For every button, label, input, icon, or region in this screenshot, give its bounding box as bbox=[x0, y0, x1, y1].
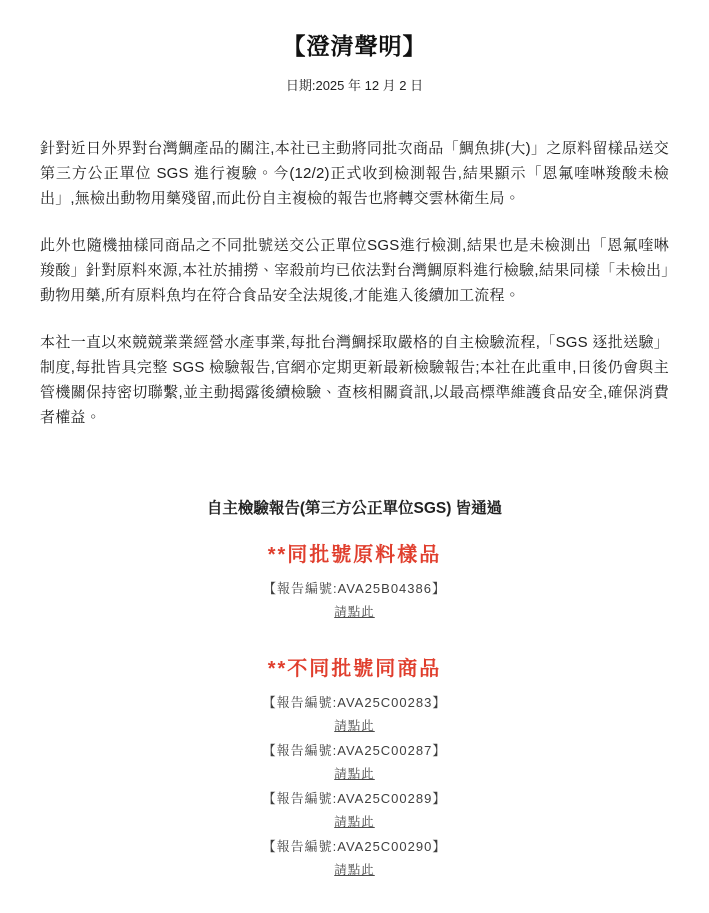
paragraph-random-sampling: 此外也隨機抽樣同商品之不同批號送交公正單位SGS進行檢測,結果也是未檢測出「恩氟… bbox=[40, 233, 669, 308]
reports-section: 自主檢驗報告(第三方公正單位SGS) 皆通過 **同批號原料樣品 【報告編號:A… bbox=[40, 496, 669, 882]
date-line: 日期:2025 年 12 月 2 日 bbox=[40, 75, 669, 94]
reports-heading: 自主檢驗報告(第三方公正單位SGS) 皆通過 bbox=[40, 496, 669, 518]
report-number: 【報告編號:AVA25C00290】 bbox=[40, 835, 669, 859]
report-link[interactable]: 請點此 bbox=[334, 715, 375, 738]
group-title-different-batch: **不同批號同商品 bbox=[40, 652, 669, 681]
report-row: 【報告編號:AVA25C00290】 請點此 bbox=[40, 835, 669, 882]
report-row: 【報告編號:AVA25C00287】 請點此 bbox=[40, 739, 669, 786]
report-row: 【報告編號:AVA25C00289】 請點此 bbox=[40, 787, 669, 834]
clarification-statement-page: 【澄清聲明】 日期:2025 年 12 月 2 日 針對近日外界對台灣鯛產品的關… bbox=[0, 0, 709, 913]
report-number: 【報告編號:AVA25C00283】 bbox=[40, 691, 669, 715]
report-link[interactable]: 請點此 bbox=[334, 601, 375, 624]
page-title: 【澄清聲明】 bbox=[40, 28, 669, 61]
group-title-same-batch: **同批號原料樣品 bbox=[40, 538, 669, 567]
paragraph-retest-result: 針對近日外界對台灣鯛產品的關注,本社已主動將同批次商品「鯛魚排(大)」之原料留樣… bbox=[40, 136, 669, 211]
statement-body: 針對近日外界對台灣鯛產品的關注,本社已主動將同批次商品「鯛魚排(大)」之原料留樣… bbox=[40, 136, 669, 430]
paragraph-commitment: 本社一直以來競競業業經營水產事業,每批台灣鯛採取嚴格的自主檢驗流程,「SGS 逐… bbox=[40, 330, 669, 430]
report-group-same-batch: **同批號原料樣品 【報告編號:AVA25B04386】 請點此 bbox=[40, 538, 669, 624]
report-number: 【報告編號:AVA25B04386】 bbox=[40, 577, 669, 601]
report-number: 【報告編號:AVA25C00287】 bbox=[40, 739, 669, 763]
report-row: 【報告編號:AVA25B04386】 請點此 bbox=[40, 577, 669, 624]
report-link[interactable]: 請點此 bbox=[334, 811, 375, 834]
report-link[interactable]: 請點此 bbox=[334, 859, 375, 882]
report-link[interactable]: 請點此 bbox=[334, 763, 375, 786]
report-number: 【報告編號:AVA25C00289】 bbox=[40, 787, 669, 811]
report-group-different-batch: **不同批號同商品 【報告編號:AVA25C00283】 請點此 【報告編號:A… bbox=[40, 652, 669, 882]
report-row: 【報告編號:AVA25C00283】 請點此 bbox=[40, 691, 669, 738]
